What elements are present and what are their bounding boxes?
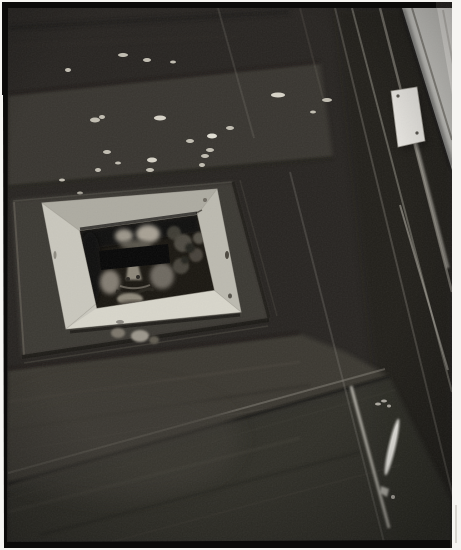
- photograph: Black-and-white photograph of a dark woo…: [0, 0, 461, 550]
- margin-mark: [455, 505, 457, 543]
- grain-overlay: [2, 2, 452, 548]
- page-margin: [452, 0, 461, 550]
